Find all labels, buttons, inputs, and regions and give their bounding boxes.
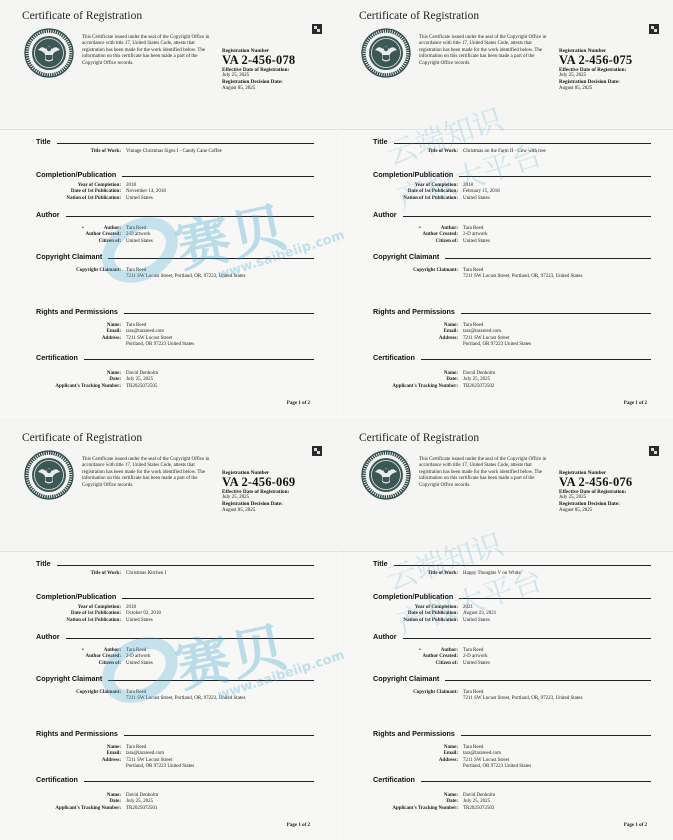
decision-date: August 05, 2025 — [559, 86, 669, 92]
certificate-header: Certificate of Registration This Certifi… — [337, 422, 673, 552]
section-divider — [461, 735, 651, 736]
registration-block: Registration Number VA 2-456-078 Effecti… — [222, 48, 332, 92]
section-title: Title — [373, 134, 651, 146]
section-claimant: Copyright Claimant — [373, 671, 651, 683]
section-title: Title — [373, 556, 651, 568]
nation-of-first-publication: United States — [463, 618, 663, 624]
section-certification: Certification — [36, 772, 314, 784]
qr-code-icon — [649, 24, 659, 34]
section-divider — [445, 680, 651, 681]
certificate-seal-statement: This Certificate issued under the seal o… — [82, 457, 212, 489]
title-of-work: Christmas Kitchen I — [126, 571, 326, 577]
tracking-number: TR2025072505 — [126, 384, 326, 390]
section-completion: Completion/Publication — [373, 167, 651, 179]
title-rows: Title of Work:Vintage Christmas Signs I … — [36, 149, 326, 155]
section-completion: Completion/Publication — [36, 167, 314, 179]
claimant-rows: Copyright Claimant:Tara Reed 7211 SW Loc… — [36, 690, 326, 703]
certificate-title: Certificate of Registration — [359, 432, 479, 444]
certificate-page-4: Certificate of Registration This Certifi… — [337, 422, 673, 840]
section-divider — [122, 176, 314, 177]
section-divider — [66, 638, 314, 639]
section-completion: Completion/Publication — [373, 589, 651, 601]
certificate-seal-statement: This Certificate issued under the seal o… — [419, 457, 549, 489]
rights-rows: Name:Tara Reed Email:tara@tarareed.com A… — [36, 745, 326, 770]
claimant-rows: Copyright Claimant:Tara Reed 7211 SW Loc… — [36, 268, 326, 281]
section-divider — [403, 638, 651, 639]
qr-code-icon — [649, 446, 659, 456]
certification-rows: Name:David Denholm Date:July 25, 2025 Ap… — [373, 371, 663, 390]
section-claimant: Copyright Claimant — [373, 249, 651, 261]
page-indicator: Page 1 of 2 — [287, 823, 310, 828]
title-rows: Title of Work:Christmas on the Farm II -… — [373, 149, 663, 155]
rights-address-line2: Portland, OR 97223 United States — [126, 764, 326, 770]
author-rows: •Author:Tara Reed Author Created:2-D art… — [373, 226, 663, 245]
nation-of-first-publication: United States — [126, 618, 326, 624]
section-divider — [394, 143, 651, 144]
section-divider — [108, 680, 314, 681]
section-certification: Certification — [373, 350, 651, 362]
section-author: Author — [373, 629, 651, 641]
certificate-header: Certificate of Registration This Certifi… — [0, 0, 336, 130]
section-rights: Rights and Permissions — [36, 304, 314, 316]
copyright-office-seal-icon — [361, 28, 411, 78]
certification-rows: Name:David Denholm Date:July 25, 2025 Ap… — [373, 793, 663, 812]
certificate-page-3: Certificate of Registration This Certifi… — [0, 422, 336, 840]
title-rows: Title of Work:Christmas Kitchen I — [36, 571, 326, 577]
title-rows: Title of Work:Happy Thoughts V on White — [373, 571, 663, 577]
completion-rows: Year of Completion:2018 Date of 1st Publ… — [373, 183, 663, 202]
registration-number: VA 2-456-078 — [222, 54, 332, 67]
registration-block: Registration Number VA 2-456-075 Effecti… — [559, 48, 669, 92]
rights-rows: Name:Tara Reed Email:tara@tarareed.com A… — [373, 745, 663, 770]
section-title: Title — [36, 556, 314, 568]
qr-code-icon — [312, 24, 322, 34]
section-completion: Completion/Publication — [36, 589, 314, 601]
section-divider — [122, 598, 314, 599]
claimant-address: 7211 SW Locust Street, Portland, OR, 972… — [463, 696, 663, 702]
claimant-rows: Copyright Claimant:Tara Reed 7211 SW Loc… — [373, 690, 663, 703]
section-divider — [84, 359, 314, 360]
copyright-office-seal-icon — [361, 450, 411, 500]
section-divider — [108, 258, 314, 259]
section-certification: Certification — [36, 350, 314, 362]
section-certification: Certification — [373, 772, 651, 784]
decision-date: August 05, 2025 — [222, 86, 332, 92]
section-author: Author — [36, 629, 314, 641]
section-divider — [403, 216, 651, 217]
tracking-number: TR2025072501 — [126, 806, 326, 812]
certificate-page-1: Certificate of Registration This Certifi… — [0, 0, 336, 418]
certificate-page-2: Certificate of Registration This Certifi… — [337, 0, 673, 418]
page-indicator: Page 1 of 2 — [287, 401, 310, 406]
page-indicator: Page 1 of 2 — [624, 823, 647, 828]
rights-address-line2: Portland, OR 97223 United States — [463, 764, 663, 770]
section-claimant: Copyright Claimant — [36, 249, 314, 261]
nation-of-first-publication: United States — [463, 196, 663, 202]
citizen-of: United States — [126, 239, 326, 245]
certificate-title: Certificate of Registration — [22, 432, 142, 444]
copyright-office-seal-icon — [24, 28, 74, 78]
certificate-header: Certificate of Registration This Certifi… — [337, 0, 673, 130]
registration-number: VA 2-456-069 — [222, 476, 332, 489]
rights-rows: Name:Tara Reed Email:tara@tarareed.com A… — [36, 323, 326, 348]
section-divider — [124, 313, 314, 314]
claimant-address: 7211 SW Locust Street, Portland, OR, 972… — [463, 274, 663, 280]
certificate-body: Title Title of Work:Christmas on the Far… — [337, 131, 673, 418]
section-author: Author — [36, 207, 314, 219]
certificate-title: Certificate of Registration — [22, 10, 142, 22]
rights-address-line2: Portland, OR 97223 United States — [463, 342, 663, 348]
section-author: Author — [373, 207, 651, 219]
section-divider — [124, 735, 314, 736]
copyright-office-seal-icon — [24, 450, 74, 500]
registration-block: Registration Number VA 2-456-076 Effecti… — [559, 470, 669, 514]
section-claimant: Copyright Claimant — [36, 671, 314, 683]
author-rows: •Author:Tara Reed Author Created:2-D art… — [36, 226, 326, 245]
section-divider — [394, 565, 651, 566]
decision-date: August 05, 2025 — [222, 508, 332, 514]
certificate-header: Certificate of Registration This Certifi… — [0, 422, 336, 552]
author-rows: •Author:Tara Reed Author Created:2-D art… — [36, 648, 326, 667]
section-title: Title — [36, 134, 314, 146]
rights-rows: Name:Tara Reed Email:tara@tarareed.com A… — [373, 323, 663, 348]
completion-rows: Year of Completion:2018 Date of 1st Publ… — [36, 183, 326, 202]
section-divider — [84, 781, 314, 782]
decision-date: August 05, 2025 — [559, 508, 669, 514]
title-of-work: Happy Thoughts V on White — [463, 571, 663, 577]
page-indicator: Page 1 of 2 — [624, 401, 647, 406]
registration-number: VA 2-456-076 — [559, 476, 669, 489]
certificate-seal-statement: This Certificate issued under the seal o… — [82, 35, 212, 67]
completion-rows: Year of Completion:2018 Date of 1st Publ… — [36, 605, 326, 624]
citizen-of: United States — [463, 661, 663, 667]
certification-rows: Name:David Denholm Date:July 25, 2025 Ap… — [36, 371, 326, 390]
section-divider — [421, 781, 651, 782]
certificate-body: Title Title of Work:Vintage Christmas Si… — [0, 131, 336, 418]
certification-rows: Name:David Denholm Date:July 25, 2025 Ap… — [36, 793, 326, 812]
claimant-rows: Copyright Claimant:Tara Reed 7211 SW Loc… — [373, 268, 663, 281]
tracking-number: TR2025072502 — [463, 384, 663, 390]
title-of-work: Vintage Christmas Signs I - Candy Cane C… — [126, 149, 326, 155]
section-divider — [459, 598, 651, 599]
qr-code-icon — [312, 446, 322, 456]
section-divider — [421, 359, 651, 360]
registration-number: VA 2-456-075 — [559, 54, 669, 67]
citizen-of: United States — [463, 239, 663, 245]
title-of-work: Christmas on the Farm II - Cow with tree — [463, 149, 663, 155]
certificate-title: Certificate of Registration — [359, 10, 479, 22]
section-rights: Rights and Permissions — [373, 304, 651, 316]
claimant-address: 7211 SW Locust Street, Portland, OR, 972… — [126, 274, 326, 280]
author-rows: •Author:Tara Reed Author Created:2-D art… — [373, 648, 663, 667]
certificate-grid: Certificate of Registration This Certifi… — [0, 0, 673, 840]
citizen-of: United States — [126, 661, 326, 667]
section-divider — [57, 143, 314, 144]
certificate-body: Title Title of Work:Christmas Kitchen I … — [0, 553, 336, 840]
tracking-number: TR2025072503 — [463, 806, 663, 812]
section-divider — [461, 313, 651, 314]
registration-block: Registration Number VA 2-456-069 Effecti… — [222, 470, 332, 514]
section-divider — [445, 258, 651, 259]
section-rights: Rights and Permissions — [373, 726, 651, 738]
certificate-seal-statement: This Certificate issued under the seal o… — [419, 35, 549, 67]
rights-address-line2: Portland, OR 97223 United States — [126, 342, 326, 348]
claimant-address: 7211 SW Locust Street, Portland, OR, 972… — [126, 696, 326, 702]
section-rights: Rights and Permissions — [36, 726, 314, 738]
certificate-body: Title Title of Work:Happy Thoughts V on … — [337, 553, 673, 840]
section-divider — [459, 176, 651, 177]
completion-rows: Year of Completion:2021 Date of 1st Publ… — [373, 605, 663, 624]
nation-of-first-publication: United States — [126, 196, 326, 202]
section-divider — [57, 565, 314, 566]
section-divider — [66, 216, 314, 217]
